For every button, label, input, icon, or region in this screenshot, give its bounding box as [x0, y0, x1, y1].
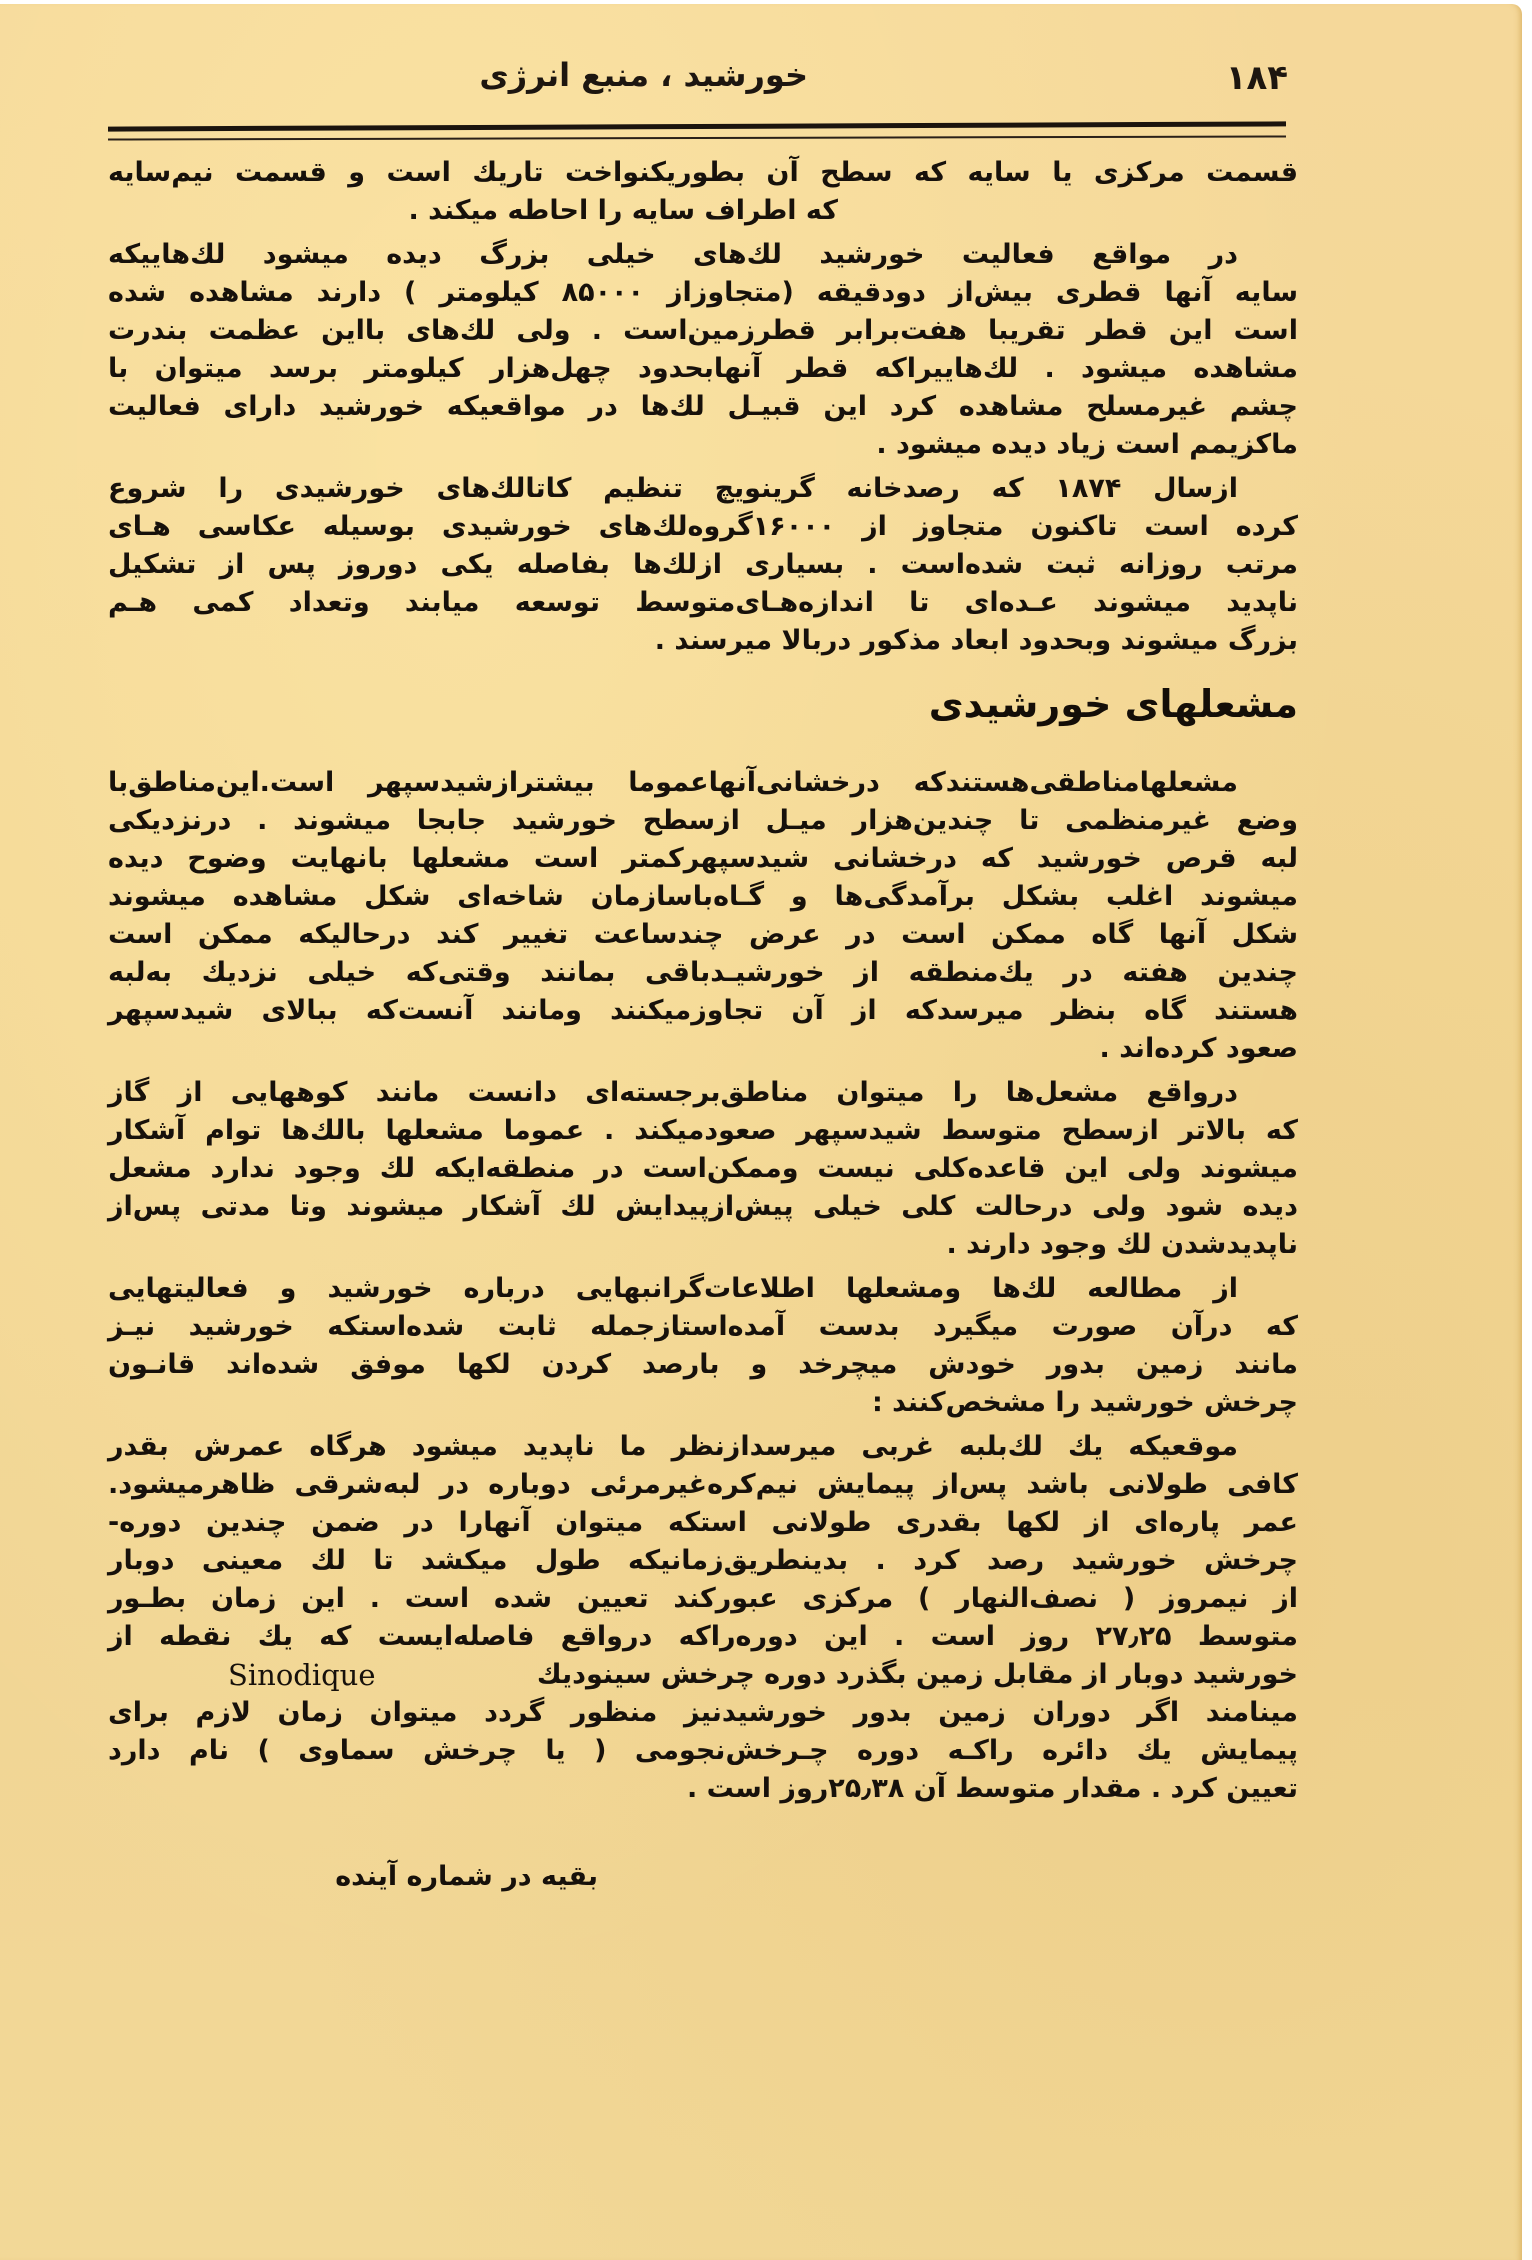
page-number: ۱۸۴: [1226, 58, 1288, 98]
text-line: ناپدیدشدن لك وجود دارند .: [108, 1226, 1298, 1264]
text-line: بزرگ میشوند وبحدود ابعاد مذکور دربالا می…: [108, 622, 1298, 660]
text-line: پیمایش یك دائره راکـه دوره چـرخش‌نجومی (…: [108, 1732, 1298, 1770]
text-line: چندین هفته در یك‌منطقه از خورشیـدباقی بم…: [108, 954, 1298, 992]
text-line: در مواقع فعالیت خورشید لك‌های خیلی بزرگ …: [108, 236, 1298, 274]
text-line: شکل آنها گاه ممکن است در عرض چندساعت تغی…: [108, 916, 1298, 954]
text-line: مینامند اگر دوران زمین بدور خورشیدنیز من…: [108, 1694, 1298, 1732]
header-rule-thin: [108, 135, 1286, 140]
article-body: قسمت مرکزی یا سایه که سطح آن بطوریکنواخت…: [108, 154, 1298, 1896]
text-line: ناپدید میشوند عـده‌ای تا اندازه‌هـای‌متو…: [108, 584, 1298, 622]
text-line: میشوند اغلب بشکل برآمدگی‌ها و گـاه‌باساز…: [108, 878, 1298, 916]
text-line: متوسط ۲۷٫۲۵ روز است . این دوره‌راکه دروا…: [108, 1618, 1298, 1656]
header-rule-thick: [108, 121, 1286, 131]
text-line: سایه آنها قطری بیش‌از دودقیقه (متجاوزاز …: [108, 274, 1298, 312]
text-line: چشم غیرمسلح مشاهده کرد این قبیـل لك‌ها د…: [108, 388, 1298, 426]
paragraph: موقعیکه یك لك‌بلبه غربی میرسدازنظر ما نا…: [108, 1428, 1298, 1808]
paragraph: مشعلهامناطقی‌هستندکه درخشانی‌آنهاعموما ب…: [108, 764, 1298, 1068]
text-line: که درآن صورت میگیرد بدست آمده‌استازجمله …: [108, 1308, 1298, 1346]
latin-term: Sinodique: [228, 1656, 376, 1694]
text-line-persian: خورشید دوبار از مقابل زمین بگذرد دوره چر…: [537, 1656, 1298, 1694]
section-heading: مشعلهای خورشیدی: [108, 674, 1298, 734]
paragraph: ازسال ۱۸۷۴ که رصدخانه گرینویچ تنظیم کاتا…: [108, 470, 1298, 660]
text-line: از مطالعه لك‌ها ومشعلها اطلاعات‌گرانبهای…: [108, 1270, 1298, 1308]
text-line: هستند گاه بنظر میرسدکه از آن تجاوزمیکنند…: [108, 992, 1298, 1030]
text-line: درواقع مشعل‌ها را میتوان مناطق‌برجسته‌ای…: [108, 1074, 1298, 1112]
text-line: ماکزیمم است زیاد دیده میشود .: [108, 426, 1298, 464]
text-line: ازسال ۱۸۷۴ که رصدخانه گرینویچ تنظیم کاتا…: [108, 470, 1298, 508]
text-line: صعود کرده‌اند .: [108, 1030, 1298, 1068]
text-line: کافی طولانی باشد پس‌از پیمایش نیم‌کره‌غی…: [108, 1466, 1298, 1504]
text-line: مشعلهامناطقی‌هستندکه درخشانی‌آنهاعموما ب…: [108, 764, 1298, 802]
scanned-page: ۱۸۴ خورشید ، منبع انرژی قسمت مرکزی یا سا…: [0, 4, 1522, 2260]
text-line-with-latin-term: خورشید دوبار از مقابل زمین بگذرد دوره چر…: [108, 1656, 1298, 1694]
text-line: مانند زمین بدور خودش میچرخد و بارصد کردن…: [108, 1346, 1298, 1384]
paragraph: از مطالعه لك‌ها ومشعلها اطلاعات‌گرانبهای…: [108, 1270, 1298, 1422]
text-line: موقعیکه یك لك‌بلبه غربی میرسدازنظر ما نا…: [108, 1428, 1298, 1466]
paragraph: قسمت مرکزی یا سایه که سطح آن بطوریکنواخت…: [108, 154, 1298, 230]
text-line: مشاهده میشود . لك‌هاییراکه قطر آنهابحدود…: [108, 350, 1298, 388]
page-header: ۱۸۴ خورشید ، منبع انرژی: [108, 54, 1288, 114]
running-title: خورشید ، منبع انرژی: [479, 56, 808, 94]
paragraph: درواقع مشعل‌ها را میتوان مناطق‌برجسته‌ای…: [108, 1074, 1298, 1264]
text-line: تعیین کرد . مقدار متوسط آن ۲۵٫۳۸روز است …: [108, 1770, 1298, 1808]
text-line: چرخش خورشید را مشخص‌کنند :: [108, 1384, 1298, 1422]
text-line: عمر پاره‌ای از لکها بقدری طولانی استکه م…: [108, 1504, 1298, 1542]
text-line: میشوند ولی این قاعده‌کلی نیست وممکن‌است …: [108, 1150, 1298, 1188]
text-line: چرخش خورشید رصد کرد . بدینطریق‌زمانیکه ط…: [108, 1542, 1298, 1580]
text-line: از نیمروز ( نصف‌النهار ) مرکزی عبورکند ت…: [108, 1580, 1298, 1618]
text-line: است این قطر تقریبا هفت‌برابر قطرزمین‌است…: [108, 312, 1298, 350]
text-line: که اطراف سایه را احاطه میکند .: [108, 192, 1298, 230]
continued-note: بقیه در شماره آینده: [108, 1858, 1298, 1896]
paragraph: در مواقع فعالیت خورشید لك‌های خیلی بزرگ …: [108, 236, 1298, 464]
text-line: قسمت مرکزی یا سایه که سطح آن بطوریکنواخت…: [108, 154, 1298, 192]
text-line: مرتب روزانه ثبت شده‌است . بسیاری ازلك‌ها…: [108, 546, 1298, 584]
text-line: وضع غیرمنظمی تا چندین‌هزار میـل ازسطح خو…: [108, 802, 1298, 840]
text-line: دیده شود ولی درحالت کلی خیلی پیش‌ازپیدای…: [108, 1188, 1298, 1226]
text-line: کرده است تاکنون متجاوز از ۱۶۰۰۰گروه‌لك‌ه…: [108, 508, 1298, 546]
text-line: که بالاتر ازسطح متوسط شیدسپهر صعودمیکند …: [108, 1112, 1298, 1150]
text-line: لبه قرص خورشید که درخشانی شیدسپهرکمتر اس…: [108, 840, 1298, 878]
